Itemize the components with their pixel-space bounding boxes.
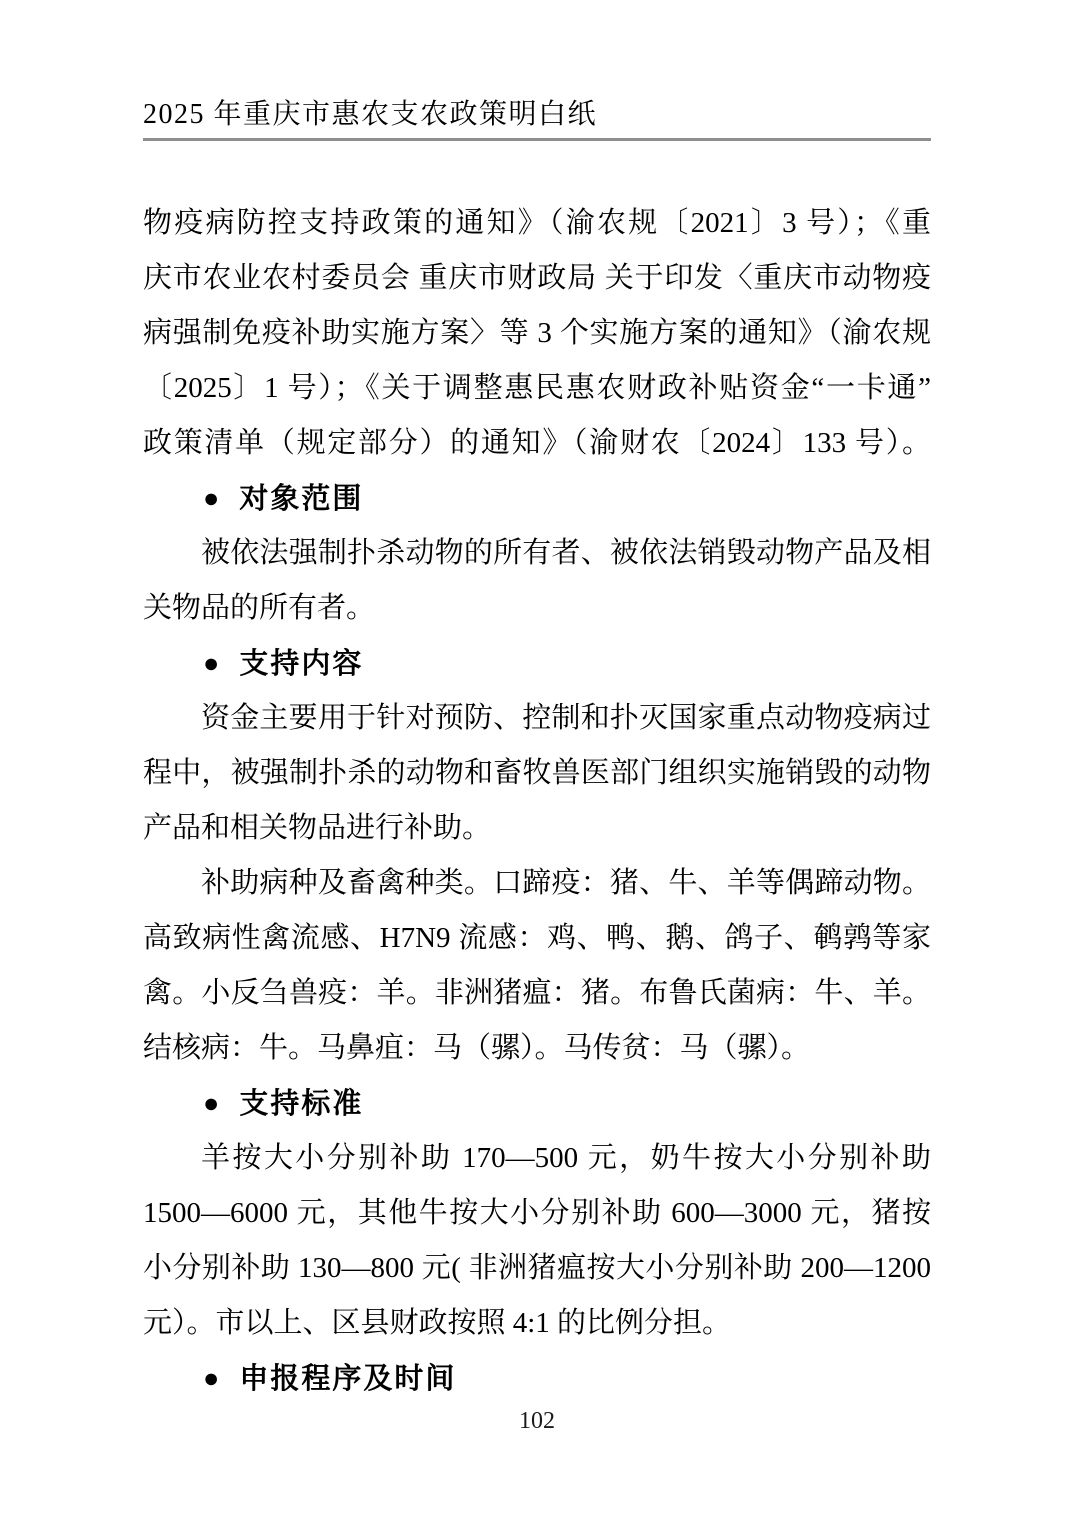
text-line: 庆市农业农村委员会 重庆市财政局 关于印发〈重庆市动物疫: [143, 251, 931, 306]
section-heading-label: 支持标准: [239, 1088, 363, 1120]
bullet-icon: ●: [203, 636, 219, 691]
text-line: 结核病：牛。马鼻疽：马（骡）。马传贫：马（骡）。: [143, 1021, 931, 1076]
text-line: 补助病种及畜禽种类。口蹄疫：猪、牛、羊等偶蹄动物。: [143, 856, 931, 911]
text-line: 政策清单（规定部分）的通知》（渝财农〔2024〕133 号）。: [143, 416, 931, 471]
bullet-icon: ●: [203, 1076, 219, 1131]
document-body: 物疫病防控支持政策的通知》（渝农规〔2021〕3 号）；《重庆市农业农村委员会 …: [143, 196, 931, 1406]
section-heading: ●支持标准: [143, 1076, 931, 1131]
text-line: 羊按大小分别补助 170—500 元，奶牛按大小分别补助: [143, 1131, 931, 1186]
text-line: 病强制免疫补助实施方案〉等 3 个实施方案的通知》（渝农规: [143, 306, 931, 361]
text-line: 程中，被强制扑杀的动物和畜牧兽医部门组织实施销毁的动物: [143, 746, 931, 801]
section-heading-label: 支持内容: [239, 648, 363, 680]
section-heading: ●支持内容: [143, 636, 931, 691]
section-heading-label: 申报程序及时间: [239, 1363, 456, 1395]
text-line: 产品和相关物品进行补助。: [143, 801, 931, 856]
section-heading: ●对象范围: [143, 471, 931, 526]
page-footer: 102: [0, 1408, 1074, 1435]
section-heading: ●申报程序及时间: [143, 1351, 931, 1406]
section-heading-label: 对象范围: [239, 483, 363, 515]
text-line: 被依法强制扑杀动物的所有者、被依法销毁动物产品及相: [143, 526, 931, 581]
bullet-icon: ●: [203, 471, 219, 526]
text-line: 禽。小反刍兽疫：羊。非洲猪瘟：猪。布鲁氏菌病：牛、羊。: [143, 966, 931, 1021]
text-line: 关物品的所有者。: [143, 581, 931, 636]
text-line: 资金主要用于针对预防、控制和扑灭国家重点动物疫病过: [143, 691, 931, 746]
text-line: 1500—6000 元，其他牛按大小分别补助 600—3000 元，猪按大: [143, 1186, 931, 1241]
header-rule: [143, 138, 931, 141]
text-line: 元）。市以上、区县财政按照 4:1 的比例分担。: [143, 1296, 931, 1351]
bullet-icon: ●: [203, 1351, 219, 1406]
text-line: 〔2025〕1 号）；《关于调整惠民惠农财政补贴资金“一卡通”: [143, 361, 931, 416]
text-line: 物疫病防控支持政策的通知》（渝农规〔2021〕3 号）；《重: [143, 196, 931, 251]
document-page: 2025 年重庆市惠农支农政策明白纸 物疫病防控支持政策的通知》（渝农规〔202…: [0, 0, 1074, 1520]
header-title: 2025 年重庆市惠农支农政策明白纸: [143, 92, 597, 132]
page-number: 102: [519, 1408, 555, 1434]
text-line: 小分别补助 130—800 元( 非洲猪瘟按大小分别补助 200—1200: [143, 1241, 931, 1296]
text-line: 高致病性禽流感、H7N9 流感：鸡、鸭、鹅、鸽子、鹌鹑等家: [143, 911, 931, 966]
